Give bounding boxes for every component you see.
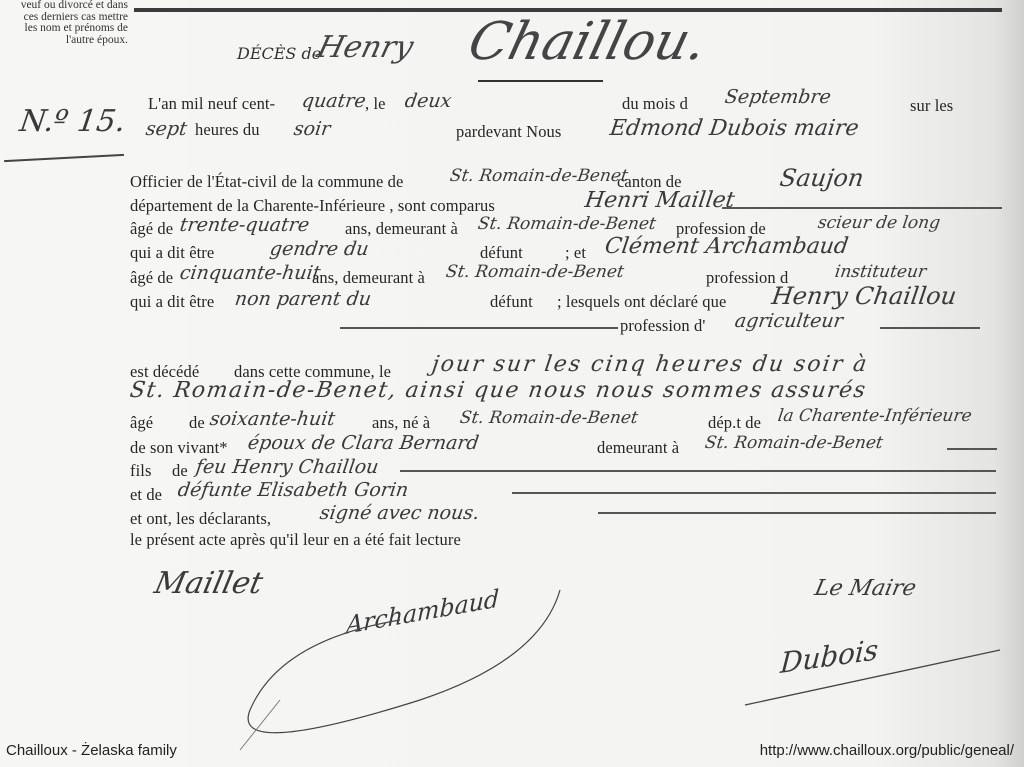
hand-age1: trente-quatre — [178, 214, 310, 236]
text: de son vivant* — [130, 438, 228, 458]
hand-witness2: Clément Archambaud — [603, 234, 850, 259]
hand-father: feu Henry Chaillou — [194, 456, 380, 478]
hand-place1: St. Romain-de-Benet — [477, 214, 658, 234]
hand-year: quatre — [300, 90, 367, 112]
fill-line — [512, 492, 996, 494]
fill-line — [880, 327, 980, 329]
title-surname: Chaillou. — [463, 12, 713, 72]
text: , le — [365, 94, 386, 114]
hand-place2: St. Romain-de-Benet — [445, 262, 626, 282]
hand-hour: sept — [144, 118, 188, 140]
text: qui a dit être — [130, 292, 214, 312]
fill-line — [598, 512, 996, 514]
footer-family: Chailloux - Żelaska family — [6, 742, 177, 759]
text: défunt — [480, 243, 523, 263]
fill-line — [947, 448, 997, 450]
margin-note-line: l'autre époux. — [0, 35, 128, 47]
text: ans, demeurant à — [312, 268, 425, 288]
hand-prof1: scieur de long — [817, 213, 942, 233]
hand-canton: Saujon — [778, 164, 865, 192]
signature-archambaud: Archambaud — [346, 584, 500, 640]
text: ans, demeurant à — [345, 219, 458, 239]
hand-death-time: jour sur les cinq heures du soir à — [430, 352, 870, 377]
hand-birthplace: St. Romain-de-Benet — [459, 408, 640, 428]
text: pardevant Nous — [456, 122, 561, 142]
text: département de la Charente-Inférieure , … — [130, 196, 495, 216]
signature-maillet: Maillet — [151, 566, 266, 601]
hand-dept: la Charente-Inférieure — [777, 406, 973, 426]
fill-line — [340, 327, 618, 329]
signature-mayor: Dubois — [779, 633, 879, 680]
hand-signed: signé avec nous. — [318, 502, 480, 524]
text: demeurant à — [597, 438, 679, 458]
document-page: veuf ou divorcé et dans ces derniers cas… — [0, 0, 1024, 767]
hand-day: deux — [403, 90, 452, 112]
text: ; lesquels ont déclaré que — [557, 292, 726, 312]
fill-line — [400, 470, 996, 472]
text: âgé de — [130, 268, 173, 288]
mayor-label: Le Maire — [812, 576, 918, 601]
hand-death-place: St. Romain-de-Benet, ainsi que nous nous… — [128, 378, 868, 403]
margin-note: veuf ou divorcé et dans ces derniers cas… — [0, 0, 128, 46]
fill-line — [722, 207, 1002, 209]
text: qui a dit être — [130, 243, 214, 263]
title-given-name: Henry — [314, 30, 417, 65]
text: sur les — [910, 96, 953, 116]
hand-age2: cinquante-huit — [178, 262, 321, 284]
hand-prof3: agriculteur — [733, 310, 844, 332]
text: de — [189, 413, 205, 433]
hand-witness1: Henri Maillet — [583, 188, 736, 213]
text: et de — [130, 485, 162, 505]
hand-officer: Edmond Dubois maire — [608, 116, 860, 141]
hand-commune: St. Romain-de-Benet — [449, 166, 630, 186]
hand-period: soir — [292, 118, 331, 140]
text: de — [172, 461, 188, 481]
hand-prof2: instituteur — [834, 262, 928, 282]
text: heures du — [195, 120, 260, 140]
text: L'an mil neuf cent- — [148, 94, 275, 114]
text: âgé de — [130, 219, 173, 239]
title-deces: DÉCÈS de — [237, 44, 321, 63]
hand-age-deceased: soixante-huit — [208, 408, 336, 430]
margin-note-line: les nom et prénoms de — [0, 23, 128, 35]
hand-deceased: Henry Chaillou — [770, 282, 958, 310]
text: ; et — [565, 243, 586, 263]
footer-url[interactable]: http://www.chailloux.org/public/geneal/ — [760, 742, 1014, 759]
hand-mother: défunte Elisabeth Gorin — [176, 479, 409, 501]
hand-spouse: époux de Clara Bernard — [246, 432, 480, 454]
margin-note-line: veuf ou divorcé et dans — [0, 0, 128, 12]
hand-residence: St. Romain-de-Benet — [704, 433, 885, 453]
margin-flourish — [4, 154, 124, 162]
hand-rel2: non parent du — [233, 288, 372, 310]
text: et ont, les déclarants, — [130, 509, 271, 529]
text: défunt — [490, 292, 533, 312]
text: fils — [130, 461, 151, 481]
text: le présent acte après qu'il leur en a ét… — [130, 530, 461, 550]
text: Officier de l'État-civil de la commune d… — [130, 172, 403, 192]
text: dép.t de — [708, 413, 761, 433]
text: âgé — [130, 413, 153, 433]
text: profession d' — [620, 316, 705, 336]
hand-rel1: gendre du — [268, 238, 370, 260]
title-underline — [478, 80, 603, 82]
text: du mois d — [622, 94, 688, 114]
record-number: N.º 15. — [18, 104, 128, 139]
hand-month: Septembre — [723, 86, 832, 108]
text: ans, né à — [372, 413, 430, 433]
